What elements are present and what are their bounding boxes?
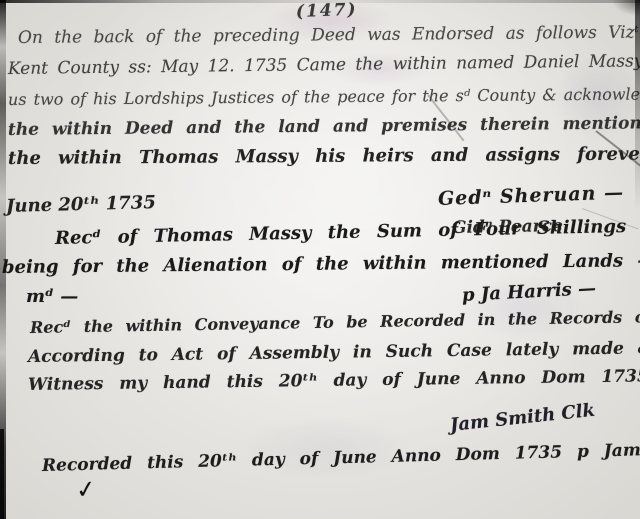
receipt-date: June 20ᵗʰ 1735 (6, 192, 156, 217)
scan-artifact-top-right-corner (612, 0, 640, 16)
manuscript-line: On the back of the preceding Deed was En… (18, 22, 640, 48)
manuscript-line: Kent County ss: May 12. 1735 Came the wi… (8, 50, 640, 79)
scan-artifact-bottom-left-edge (0, 429, 4, 519)
manuscript-line: us two of his Lordships Justices of the … (8, 84, 640, 109)
manuscript-line: being for the Alienation of the within m… (2, 250, 640, 278)
manuscript-line: the within Thomas Massy his heirs and as… (8, 143, 640, 169)
receipt-signature: p Ja Harris — (461, 278, 596, 306)
justice-signature: Gedⁿ Sheruan — (438, 182, 625, 210)
md-note: mᵈ — (26, 286, 78, 307)
manuscript-line: the within Deed and the land and premise… (8, 113, 640, 140)
recorded-note: Recorded this 20ᵗʰ day of June Anno Dom … (42, 437, 640, 476)
clerk-signature: Jam Smith Clk (449, 400, 596, 436)
check-mark: ✓ (74, 473, 98, 505)
scanned-document-page: (147) On the back of the preceding Deed … (0, 0, 640, 519)
manuscript-line: Witness my hand this 20ᵗʰ day of June An… (28, 366, 640, 395)
manuscript-line: Recᵈ the within Conveyance To be Recorde… (30, 305, 640, 337)
page-number: (147) (296, 0, 358, 22)
manuscript-line: According to Act of Assembly in Such Cas… (28, 337, 640, 367)
manuscript-line: Recᵈ of Thomas Massy the Sum of Four Shi… (55, 214, 640, 249)
